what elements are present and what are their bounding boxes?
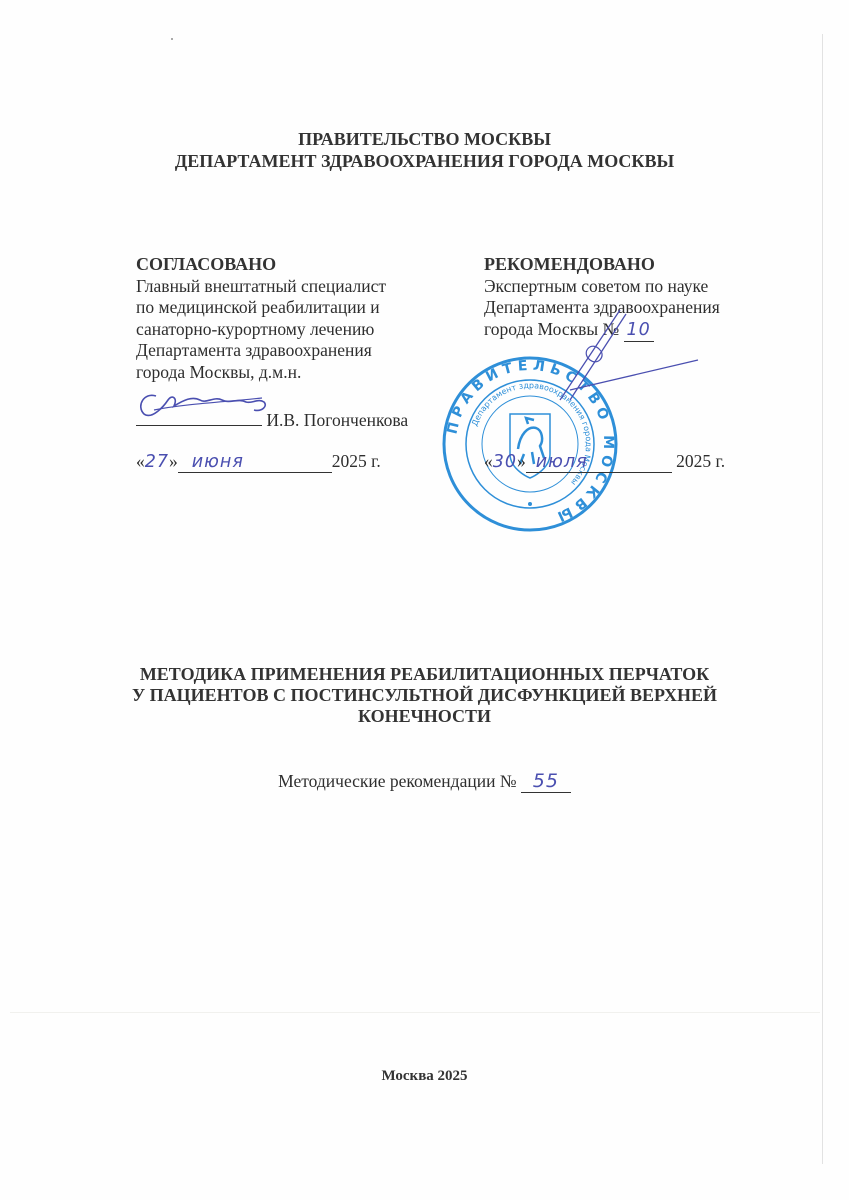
approved-date-year: 2025 г. (332, 451, 381, 471)
approved-line: города Москвы, д.м.н. (136, 362, 456, 384)
header-government: ПРАВИТЕЛЬСТВО МОСКВЫ (0, 128, 849, 150)
document-page: ПРАВИТЕЛЬСТВО МОСКВЫ ДЕПАРТАМЕНТ ЗДРАВОО… (0, 0, 849, 1200)
document-footer: Москва 2025 (0, 1068, 849, 1085)
recommended-date-month: июля (526, 452, 672, 473)
document-header: ПРАВИТЕЛЬСТВО МОСКВЫ ДЕПАРТАМЕНТ ЗДРАВОО… (0, 128, 849, 172)
approved-line: Главный внештатный специалист (136, 276, 456, 298)
recommended-date: «30»июля 2025 г. (484, 451, 725, 473)
expert-council-signature-icon (540, 300, 700, 410)
recommended-heading: РЕКОМЕНДОВАНО (484, 254, 784, 276)
approved-date: «27»июня2025 г. (136, 451, 381, 473)
scan-artifact (171, 38, 173, 40)
approved-date-month: июня (178, 452, 332, 473)
subtitle-number: 55 (521, 770, 571, 793)
approved-date-day: 27 (145, 452, 169, 472)
subtitle-label: Методические рекомендации № (278, 771, 516, 791)
scan-edge-bottom (10, 1012, 820, 1013)
recommended-date-day: 30 (493, 452, 517, 472)
recommended-line: Экспертным советом по науке (484, 276, 784, 298)
handwritten-signature-icon (134, 384, 294, 424)
approved-line: Департамента здравоохранения (136, 340, 456, 362)
scan-edge-right (822, 34, 823, 1164)
approved-line: санаторно-курортному лечению (136, 319, 456, 341)
recommended-date-year: 2025 г. (676, 451, 725, 471)
approved-block: СОГЛАСОВАНО Главный внештатный специалис… (136, 254, 456, 383)
approved-line: по медицинской реабилитации и (136, 297, 456, 319)
document-title: МЕТОДИКА ПРИМЕНЕНИЯ РЕАБИЛИТАЦИОННЫХ ПЕР… (0, 664, 849, 727)
header-department: ДЕПАРТАМЕНТ ЗДРАВООХРАНЕНИЯ ГОРОДА МОСКВ… (0, 150, 849, 172)
document-subtitle: Методические рекомендации № 55 (0, 770, 849, 793)
approved-heading: СОГЛАСОВАНО (136, 254, 456, 276)
